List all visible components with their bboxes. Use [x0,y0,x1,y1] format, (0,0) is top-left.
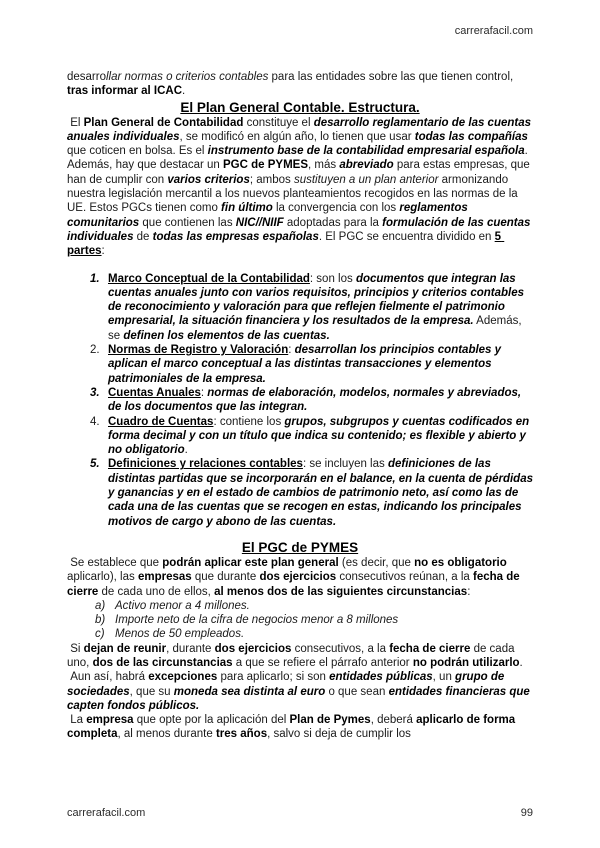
text-run: : [102,245,105,257]
list-item-text: Activo menor a 4 millones. [115,599,533,613]
text-run: Si [67,643,84,655]
text-run: instrumento base de la contabilidad empr… [208,145,525,157]
document-page: carrerafacil.com desarrollar normas o cr… [0,0,600,848]
text-run: Definiciones y relaciones contables [108,458,303,470]
text-run: que durante [192,571,260,583]
text-run: : se incluyen las [303,458,388,470]
text-run: dos de las circunstancias [93,657,233,669]
paragraph-dejan-de-reunir: Si dejan de reunir, durante dos ejercici… [67,642,533,671]
text-run: dos ejercicios [215,643,292,655]
circumstances-list: a) Activo menor a 4 millones. b) Importe… [67,599,533,642]
text-run: : [467,586,470,598]
parts-list-item-3: 3. Cuentas Anuales: normas de elaboració… [67,386,533,415]
paragraph-pgc-overview: El Plan General de Contabilidad constitu… [67,116,533,259]
text-run: La [67,714,86,726]
text-run: : son los [310,273,356,285]
text-run: , durante [166,643,215,655]
text-run: no podrán utilizarlo [413,657,520,669]
text-run: definen los elementos de las cuentas. [123,330,329,342]
text-run: Aun así, habrá [67,671,148,683]
circumstance-item-a: a) Activo menor a 4 millones. [67,599,533,613]
text-run: sustituyen a un plan anterior [294,174,438,186]
list-number: 3. [90,386,108,415]
list-item-text: Definiciones y relaciones contables: se … [108,457,533,528]
parts-list-item-4: 4. Cuadro de Cuentas: contiene los grupo… [67,415,533,458]
text-run: , un [433,671,455,683]
page-footer: carrerafacil.com 99 [67,806,533,820]
text-run: no es obligatorio [414,557,507,569]
text-run: 1. [90,273,100,285]
text-run: la convergencia con los [273,202,400,214]
heading-pgc-de-pymes: El PGC de PYMES [67,540,533,556]
text-run: consecutivos reúnan, a la [336,571,473,583]
list-item-text: Normas de Registro y Valoración: desarro… [108,343,533,386]
text-run: llar normas o criterios contables [106,71,268,83]
document-content: desarrollar normas o criterios contables… [67,0,533,742]
text-run: que contienen las [139,217,236,229]
text-run: dejan de reunir [84,643,166,655]
text-run: adoptadas para la [284,217,382,229]
parts-list-item-5: 5. Definiciones y relaciones contables: … [67,457,533,528]
paragraph-intro-continuation: desarrollar normas o criterios contables… [67,70,533,99]
list-number: 5. [90,457,108,528]
text-run: empresa [86,714,133,726]
text-run: : contiene los [213,416,284,428]
text-run: para aplicarlo; si son [217,671,329,683]
paragraph-pymes-conditions: Se establece que podrán aplicar este pla… [67,556,533,599]
text-run: 3. [90,387,100,399]
text-run: 2. [90,344,100,356]
pgc-parts-list: 1. Marco Conceptual de la Contabilidad: … [67,272,533,529]
text-run: o que sean [325,686,388,698]
parts-list-item-2: 2. Normas de Registro y Valoración: desa… [67,343,533,386]
list-letter: a) [95,599,115,613]
text-run: El [67,117,84,129]
list-item-text: Importe neto de la cifra de negocios men… [115,613,533,627]
text-run: abreviado [339,159,393,171]
circumstance-item-c: c) Menos de 50 empleados. [67,627,533,641]
parts-list-item-1: 1. Marco Conceptual de la Contabilidad: … [67,272,533,343]
text-run: de [133,231,152,243]
text-run: fin último [221,202,273,214]
list-item-text: Cuentas Anuales: normas de elaboración, … [108,386,533,415]
text-run: NIC//NIIF [236,217,284,229]
text-run: Se establece que [67,557,162,569]
list-item-text: Menos de 50 empleados. [115,627,533,641]
footer-page-number: 99 [521,806,533,820]
text-run: excepciones [148,671,217,683]
paragraph-excepciones: Aun así, habrá excepciones para aplicarl… [67,670,533,713]
text-run: 5. [90,458,100,470]
text-run: de cada uno de ellos, [98,586,214,598]
text-run: . [182,85,185,97]
text-run: , al menos durante [118,728,216,740]
text-run: al menos dos de las siguientes circunsta… [214,586,467,598]
text-run: . [520,657,523,669]
text-run: fecha de cierre [389,643,470,655]
text-run: . El PGC se encuentra dividido en [319,231,495,243]
text-run: Normas de Registro y Valoración [108,344,288,356]
text-run: PGC de PYMES [223,159,308,171]
text-run: a) [95,600,105,612]
text-run: , salvo si deja de cumplir los [267,728,411,740]
circumstance-item-b: b) Importe neto de la cifra de negocios … [67,613,533,627]
heading-plan-general-contable-estructura: El Plan General Contable. Estructura. [67,100,533,116]
text-run: Cuentas Anuales [108,387,201,399]
list-number: 4. [90,415,108,458]
text-run: , se modificó en algún año, lo tienen qu… [179,131,414,143]
footer-site-url: carrerafacil.com [67,806,145,820]
text-run: Activo menor a 4 millones. [115,600,250,612]
text-run: b) [95,614,105,626]
list-item-text: Marco Conceptual de la Contabilidad: son… [108,272,533,343]
text-run: (es decir, que [339,557,414,569]
text-run: empresas [138,571,192,583]
text-run: Plan General de Contabilidad [84,117,244,129]
list-number: 1. [90,272,108,343]
text-run: constituye el [243,117,313,129]
text-run: consecutivos, a la [291,643,389,655]
text-run: ; ambos [250,174,294,186]
paragraph-aplicacion-plan-pymes: La empresa que opte por la aplicación de… [67,713,533,742]
list-letter: c) [95,627,115,641]
list-number: 2. [90,343,108,386]
text-run: dos ejercicios [259,571,336,583]
text-run: entidades públicas [329,671,433,683]
text-run: Marco Conceptual de la Contabilidad [108,273,310,285]
text-run: Importe neto de la cifra de negocios men… [115,614,398,626]
list-letter: b) [95,613,115,627]
text-run: desarro [67,71,106,83]
text-run: 4. [90,416,100,428]
text-run: Plan de Pymes [290,714,371,726]
text-run: varios criterios [167,174,249,186]
text-run: que opte por la aplicación del [134,714,290,726]
text-run: Menos de 50 empleados. [115,628,244,640]
text-run: c) [95,628,105,640]
text-run: , deberá [371,714,416,726]
text-run: para las entidades sobre las que tienen … [268,71,516,83]
text-run: todas las empresas españolas [153,231,319,243]
text-run: a que se refiere el párrafo anterior [233,657,413,669]
text-run: todas las compañías [415,131,528,143]
text-run: . [185,444,188,456]
text-run: , que su [130,686,174,698]
list-item-text: Cuadro de Cuentas: contiene los grupos, … [108,415,533,458]
text-run: , más [308,159,339,171]
text-run: Cuadro de Cuentas [108,416,213,428]
text-run: tras informar al ICAC [67,85,182,97]
text-run: moneda sea distinta al euro [174,686,325,698]
text-run: podrán aplicar este plan general [162,557,338,569]
text-run: tres años [216,728,267,740]
